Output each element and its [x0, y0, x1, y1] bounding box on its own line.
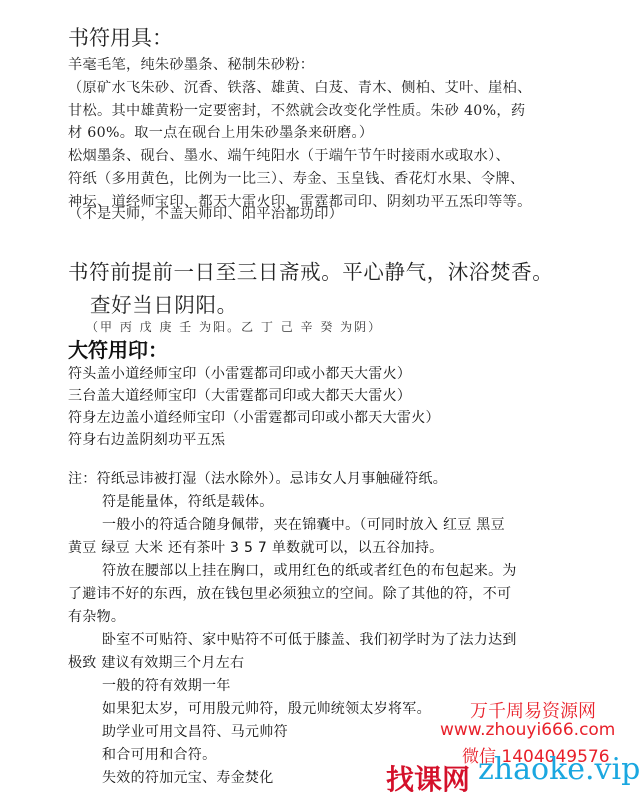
note-line: 一般小的符适合随身佩带，夹在锦囊中。（可同时放入 红豆 黑豆 — [102, 514, 505, 534]
seal-line: 三台盖大道经师宝印（大雷霆都司印或大都天大雷火） — [68, 385, 411, 405]
section-heading-seals: 大符用印： — [68, 334, 168, 363]
note-line: 注：符纸忌讳被打湿（法水除外）。忌讳女人月事触碰符纸。 — [68, 468, 447, 488]
note-line: 有杂物。 — [68, 606, 125, 626]
text-line: 松烟墨条、砚台、墨水、端午纯阳水（于端午节午时接雨水或取水）、 — [68, 145, 510, 165]
text-line: （不是天师，不盖天师印、阳平治都功印） — [68, 203, 343, 223]
note-line: 失效的符加元宝、寿金焚化 — [102, 767, 274, 787]
watermark-brand-en: zhaoke.vip — [478, 752, 639, 787]
watermark-brand-cn: 找课网 — [386, 758, 470, 795]
note-line: 和合可用和合符。 — [102, 744, 216, 764]
seal-line: 符身左边盖小道经师宝印（小雷霆都司印或小都天大雷火） — [68, 407, 440, 427]
seal-line: 符头盖小道经师宝印（小雷霆都司印或小都天大雷火） — [68, 363, 411, 383]
text-line: 羊毫毛笔，纯朱砂墨条、秘制朱砂粉： — [68, 54, 314, 74]
note-line: 符放在腰部以上挂在胸口，或用红色的纸或者红色的布包起来。为 — [102, 560, 517, 580]
note-line: 了避讳不好的东西，放在钱包里必须独立的空间。除了其他的符，不可 — [68, 583, 511, 603]
watermark-url: www.zhouyi666.com — [440, 720, 615, 740]
note-line: 黄豆 绿豆 大米 还有茶叶 3 5 7 单数就可以，以五谷加持。 — [68, 537, 443, 557]
text-line: 材 60%。取一点在砚台上用朱砂墨条来研磨。） — [68, 122, 373, 142]
text-line: （原矿水飞朱砂、沉香、铁落、雄黄、白芨、青木、侧柏、艾叶、崖柏、 — [68, 77, 532, 97]
note-line: 符是能量体，符纸是载体。 — [102, 491, 274, 511]
note-line: 助学业可用文昌符、马元帅符 — [102, 721, 288, 741]
yin-yang-line: 查好当日阴阳。 — [90, 288, 238, 318]
text-line: 甘松。其中雄黄粉一定要密封，不然就会改变化学性质。朱砂 40%，药 — [68, 100, 525, 120]
text-line: 符纸（多用黄色，比例为一比三）、寿金、玉皇钱、香花灯水果、令牌、 — [68, 168, 525, 188]
yin-yang-note: （甲 丙 戊 庚 壬 为阳。乙 丁 己 辛 癸 为阴） — [86, 318, 382, 335]
note-line: 卧室不可贴符、家中贴符不可低于膝盖、我们初学时为了法力达到 — [102, 629, 517, 649]
seal-line: 符身右边盖阴刻功平五炁 — [68, 429, 225, 449]
note-line: 如果犯太岁，可用殷元帅符，殷元帅统领太岁将军。 — [102, 698, 431, 718]
section-heading-tools: 书符用具： — [68, 22, 173, 52]
note-line: 极致 建议有效期三个月左右 — [68, 652, 244, 672]
note-line: 一般的符有效期一年 — [102, 675, 231, 695]
preparation-line: 书符前提前一日至三日斋戒。平心静气，沐浴焚香。 — [68, 255, 553, 285]
